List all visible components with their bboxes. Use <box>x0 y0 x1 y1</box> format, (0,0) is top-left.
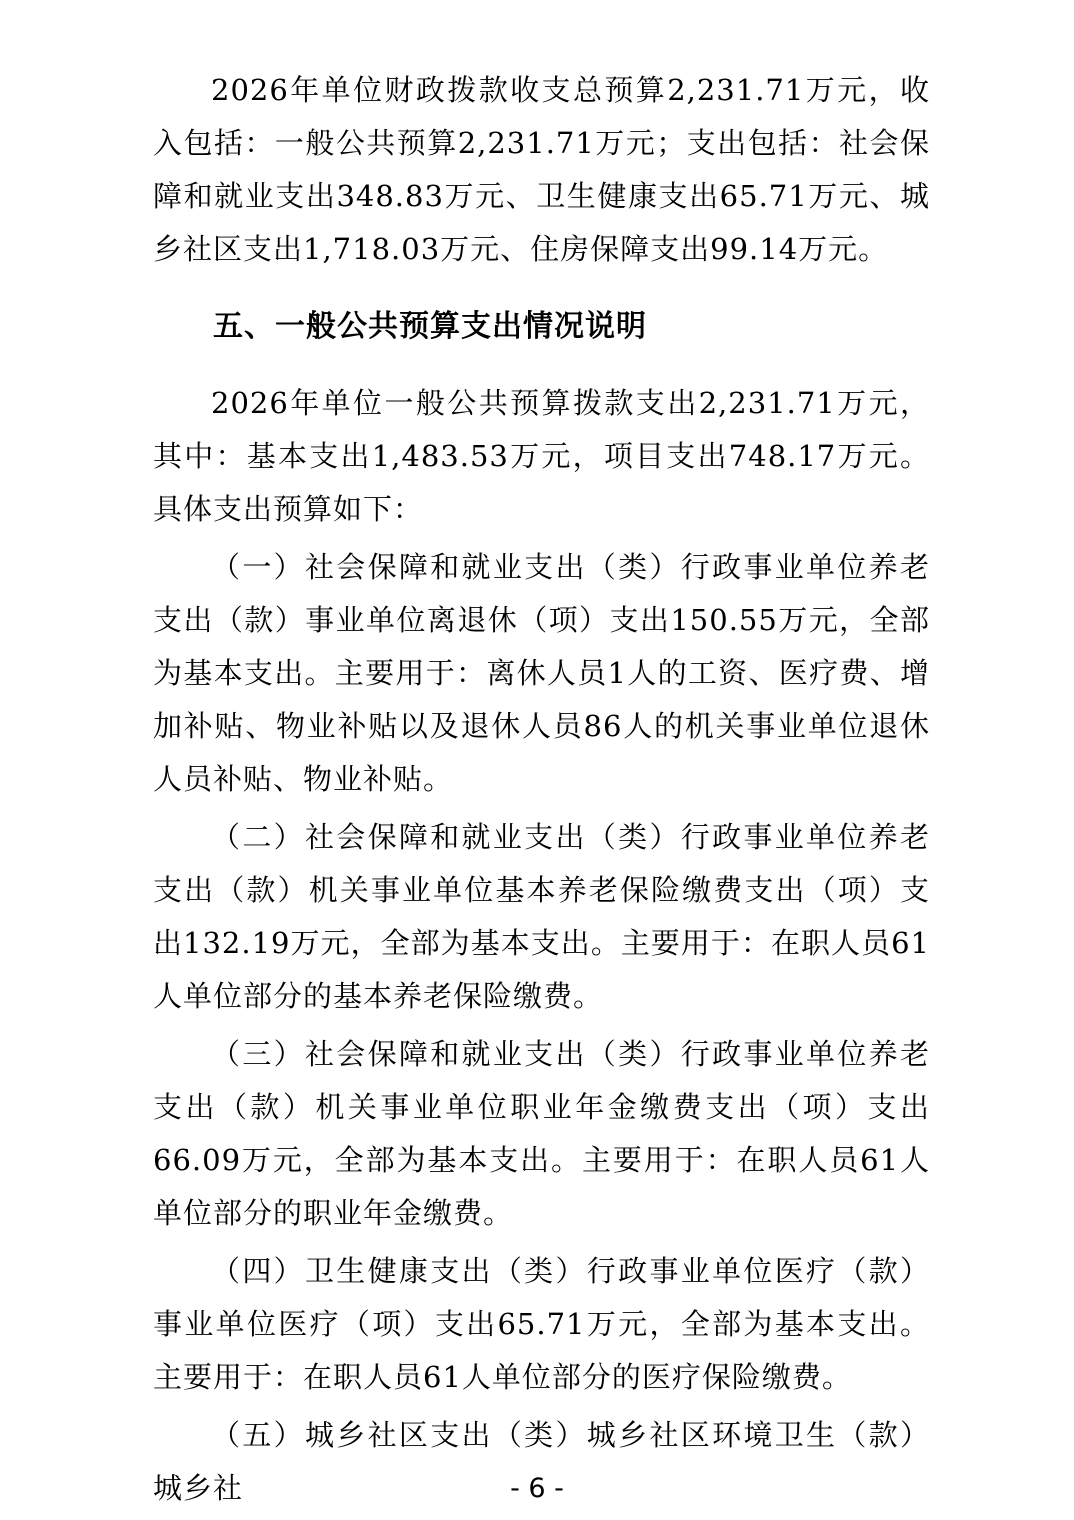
paragraph-item-3: （三）社会保障和就业支出（类）行政事业单位养老支出（款）机关事业单位职业年金缴费… <box>153 1028 930 1240</box>
section-heading: 五、一般公共预算支出情况说明 <box>153 300 930 353</box>
page-number: - 6 - <box>0 1473 1074 1505</box>
paragraph-item-4: （四）卫生健康支出（类）行政事业单位医疗（款）事业单位医疗（项）支出65.71万… <box>153 1245 930 1404</box>
paragraph-item-1: （一）社会保障和就业支出（类）行政事业单位养老支出（款）事业单位离退休（项）支出… <box>153 541 930 806</box>
paragraph-fiscal-appropriation-summary: 2026年单位财政拨款收支总预算2,231.71万元，收入包括：一般公共预算2,… <box>153 64 930 276</box>
paragraph-section-intro: 2026年单位一般公共预算拨款支出2,231.71万元，其中：基本支出1,483… <box>153 377 930 536</box>
document-content: 2026年单位财政拨款收支总预算2,231.71万元，收入包括：一般公共预算2,… <box>0 0 1074 1515</box>
paragraph-item-2: （二）社会保障和就业支出（类）行政事业单位养老支出（款）机关事业单位基本养老保险… <box>153 811 930 1023</box>
document-page: 2026年单位财政拨款收支总预算2,231.71万元，收入包括：一般公共预算2,… <box>0 0 1074 1520</box>
